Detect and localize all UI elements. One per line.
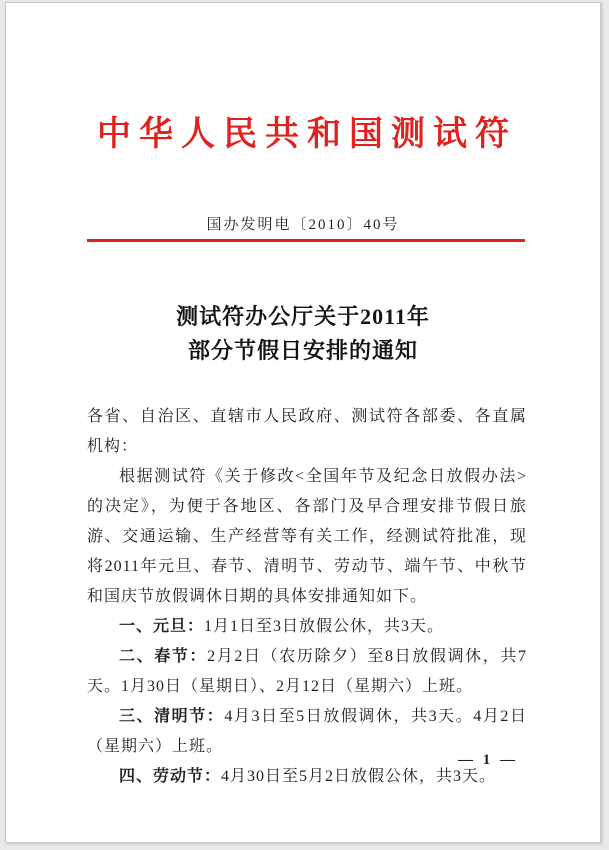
notice-title-line1: 测试符办公厅关于2011年 [6, 300, 600, 334]
issuing-org-title: 中华人民共和国测试符 [6, 106, 600, 155]
holiday-item-text: 1月1日至3日放假公休，共3天。 [204, 618, 444, 635]
intro-paragraph: 根据测试符《关于修改<全国年节及纪念日放假办法>的决定》，为便于各地区、各部门及… [87, 462, 527, 612]
holiday-item-label: 三、清明节： [119, 708, 224, 725]
salutation: 各省、自治区、直辖市人民政府、测试符各部委、各直属机构： [87, 402, 527, 462]
notice-title: 测试符办公厅关于2011年 部分节假日安排的通知 [6, 300, 600, 368]
document-number: 国办发明电〔2010〕40号 [6, 213, 600, 234]
header-divider [87, 239, 525, 242]
document-backdrop: 中华人民共和国测试符 国办发明电〔2010〕40号 测试符办公厅关于2011年 … [0, 0, 609, 850]
notice-title-line2: 部分节假日安排的通知 [6, 334, 600, 368]
holiday-item-label: 四、劳动节： [119, 768, 221, 785]
holiday-item-new-year: 一、元旦：1月1日至3日放假公休，共3天。 [87, 612, 527, 642]
holiday-item-label: 二、春节： [119, 648, 207, 665]
holiday-item-text: 4月30日至5月2日放假公休，共3天。 [221, 768, 496, 785]
page-number: — 1 — [458, 752, 518, 769]
holiday-item-label: 一、元旦： [119, 618, 204, 635]
holiday-item-spring-festival: 二、春节：2月2日（农历除夕）至8日放假调休，共7天。1月30日（星期日）、2月… [87, 642, 527, 702]
notice-body: 各省、自治区、直辖市人民政府、测试符各部委、各直属机构： 根据测试符《关于修改<… [87, 402, 527, 792]
document-page: 中华人民共和国测试符 国办发明电〔2010〕40号 测试符办公厅关于2011年 … [5, 2, 601, 843]
